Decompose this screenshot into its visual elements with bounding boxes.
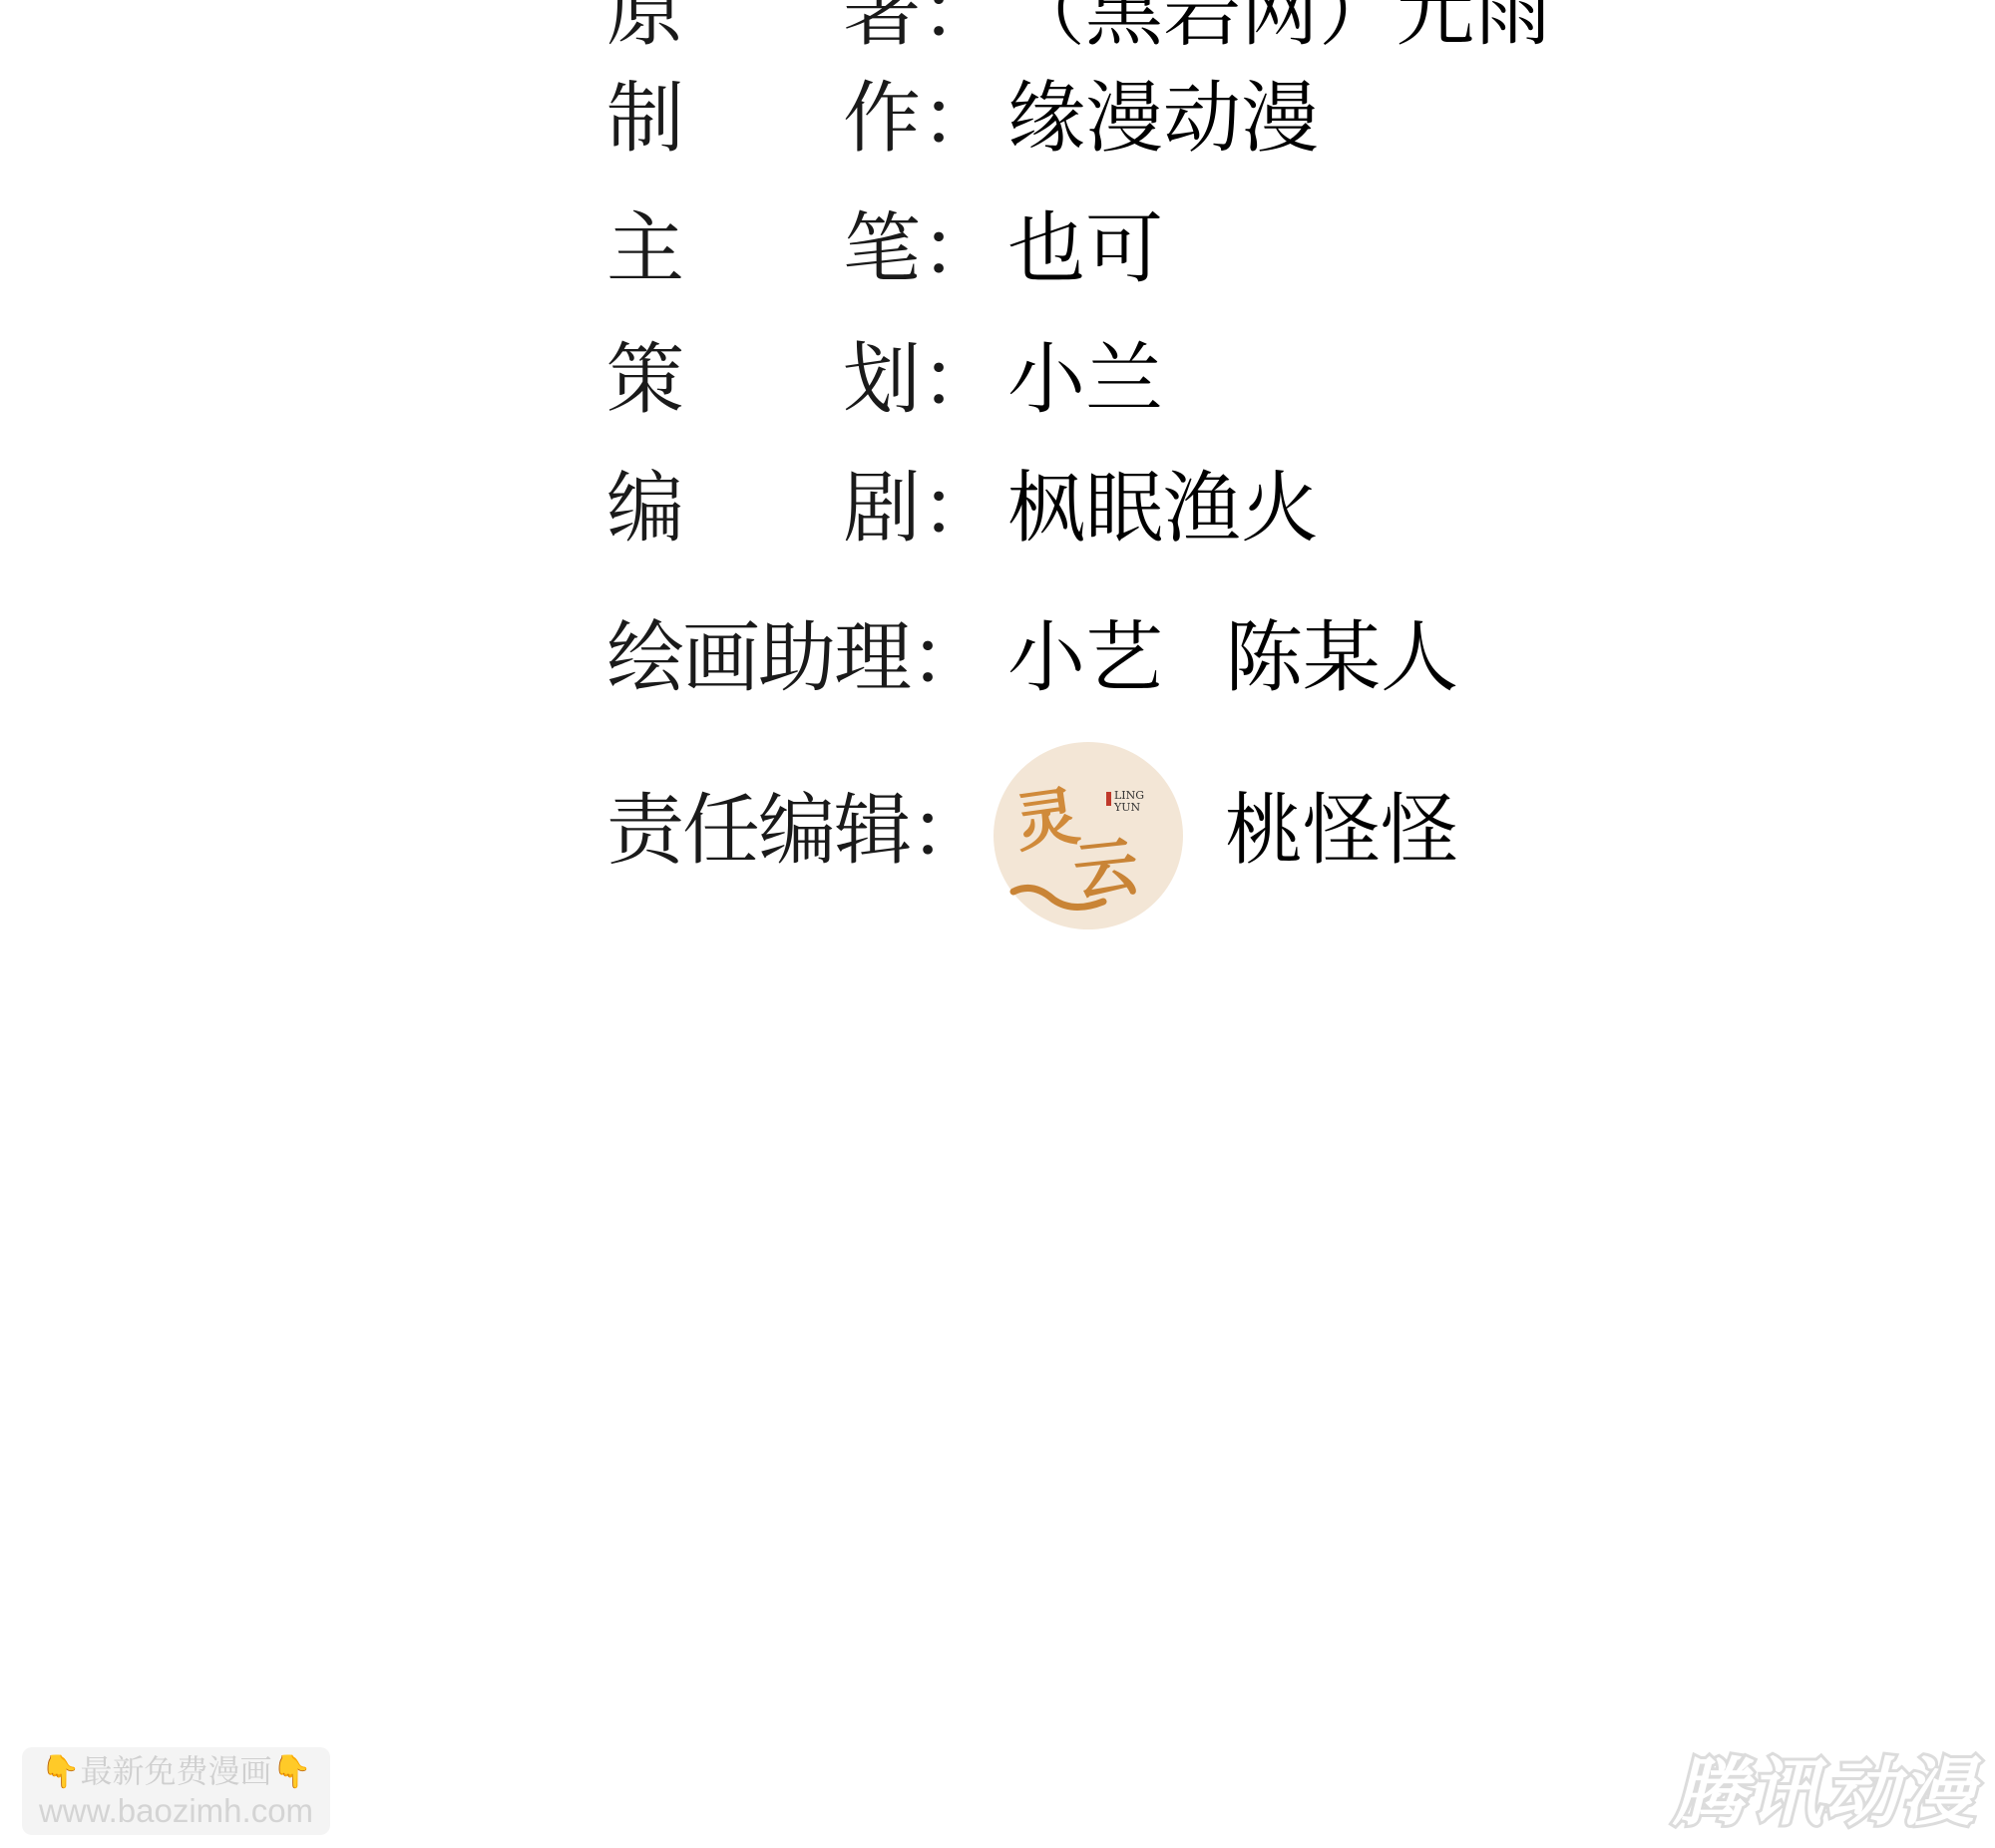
credit-row-drawing-assistants: 绘画助理： 小艺 陈某人	[0, 608, 1995, 708]
credit-row-original: 原 著： （黑岩网）元雨	[0, 0, 1995, 62]
credit-label: 绘画助理：	[606, 608, 986, 708]
credit-value: 也可	[1007, 199, 1163, 299]
credit-label: 划：	[843, 330, 998, 430]
credit-value: 桃怪怪	[1225, 781, 1458, 881]
credit-value: （黑岩网）元雨	[1007, 0, 1552, 62]
credit-label: 剧：	[843, 459, 998, 558]
tencent-comics-logo: 腾讯动漫	[1666, 1751, 1983, 1835]
credit-label: 制	[606, 69, 684, 169]
credit-value: 陈某人	[1225, 608, 1458, 708]
logo-en-yun: YUN	[1113, 801, 1141, 814]
credit-row-lead-artist: 主 笔： 也可	[0, 199, 1995, 299]
pointing-down-hand-icon: 👇	[272, 1752, 312, 1790]
credit-label: 笔：	[843, 199, 998, 299]
credit-value: 小艺	[1007, 608, 1163, 708]
credit-label: 主	[606, 199, 684, 299]
logo-cn-char-2: 云	[1070, 830, 1141, 911]
baozimh-watermark[interactable]: 👇最新免费漫画👇 www.baozimh.com	[22, 1747, 330, 1835]
credit-value: 缘漫动漫	[1007, 69, 1319, 169]
credit-row-screenplay: 编 剧： 枫眠渔火	[0, 459, 1995, 558]
lingyun-logo: 灵 云 LING YUN	[994, 742, 1183, 929]
credit-label: 著：	[843, 0, 998, 62]
credit-label: 策	[606, 330, 684, 430]
credit-label: 编	[606, 459, 684, 558]
credit-label: 原	[606, 0, 684, 62]
lingyun-logo-icon: 灵 云 LING YUN	[994, 742, 1183, 929]
watermark-line1: 👇最新免费漫画👇	[22, 1749, 330, 1793]
credit-value: 枫眠渔火	[1007, 459, 1319, 558]
watermark-url[interactable]: www.baozimh.com	[22, 1793, 330, 1829]
credit-row-planning: 策 划： 小兰	[0, 330, 1995, 430]
credit-label: 责任编辑：	[606, 781, 986, 881]
credit-label: 作：	[843, 69, 998, 169]
pointing-down-hand-icon: 👇	[41, 1752, 81, 1790]
credit-value: 小兰	[1007, 330, 1163, 430]
credit-row-production: 制 作： 缘漫动漫	[0, 69, 1995, 169]
watermark-text: 最新免费漫画	[80, 1752, 271, 1790]
